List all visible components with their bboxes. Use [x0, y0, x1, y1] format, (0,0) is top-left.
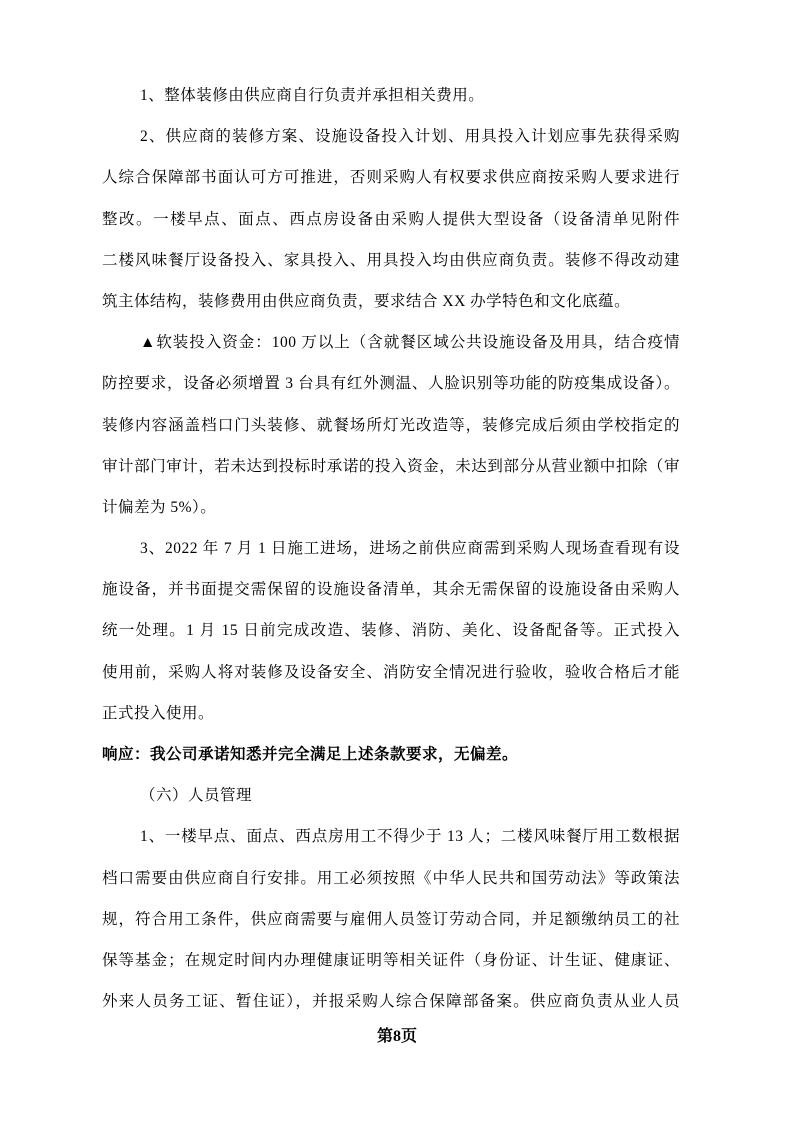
body-line: 正式投入使用。 [102, 693, 680, 734]
body-line: 审计部门审计，若未达到投标时承诺的投入资金，未达到部分从营业额中扣除（审 [102, 446, 680, 487]
body-line: 3、2022 年 7 月 1 日施工进场，进场之前供应商需到采购人现场查看现有设 [102, 528, 680, 569]
document-page: 1、整体装修由供应商自行负责并承担相关费用。 2、供应商的装修方案、设施设备投入… [0, 0, 794, 1122]
body-line: 1、整体装修由供应商自行负责并承担相关费用。 [102, 75, 680, 116]
body-line: 施设备，并书面提交需保留的设施设备清单，其余无需保留的设施设备由采购人 [102, 569, 680, 610]
body-line: 保等基金；在规定时间内办理健康证明等相关证件（身份证、计生证、健康证、 [102, 940, 680, 981]
body-line: 筑主体结构，装修费用由供应商负责，要求结合 XX 办学特色和文化底蕴。 [102, 281, 680, 322]
body-line: 防控要求，设备必须增置 3 台具有红外测温、人脸识别等功能的防疫集成设备）。 [102, 363, 680, 404]
body-line: 计偏差为 5%）。 [102, 487, 680, 528]
body-line: 档口需要由供应商自行安排。用工必须按照《中华人民共和国劳动法》等政策法 [102, 858, 680, 899]
page-footer: 第8页 [0, 1027, 794, 1047]
document-body: 1、整体装修由供应商自行负责并承担相关费用。 2、供应商的装修方案、设施设备投入… [102, 75, 680, 1022]
body-line: 统一处理。1 月 15 日前完成改造、装修、消防、美化、设备配备等。正式投入 [102, 610, 680, 651]
body-line: 装修内容涵盖档口门头装修、就餐场所灯光改造等，装修完成后须由学校指定的 [102, 405, 680, 446]
body-line: 外来人员务工证、暂住证），并报采购人综合保障部备案。供应商负责从业人员 [102, 981, 680, 1022]
body-line: 人综合保障部书面认可方可推进，否则采购人有权要求供应商按采购人要求进行 [102, 157, 680, 198]
body-line: 1、一楼早点、面点、西点房用工不得少于 13 人；二楼风味餐厅用工数根据 [102, 816, 680, 857]
body-line: 规，符合用工条件，供应商需要与雇佣人员签订劳动合同，并足额缴纳员工的社 [102, 899, 680, 940]
body-line: ▲软装投入资金：100 万以上（含就餐区域公共设施设备及用具，结合疫情 [102, 322, 680, 363]
page-number: 第8页 [377, 1028, 417, 1045]
body-line: 2、供应商的装修方案、设施设备投入计划、用具投入计划应事先获得采购 [102, 116, 680, 157]
body-line: 二楼风味餐厅设备投入、家具投入、用具投入均由供应商负责。装修不得改动建 [102, 240, 680, 281]
body-line: 使用前，采购人将对装修及设备安全、消防安全情况进行验收，验收合格后才能 [102, 652, 680, 693]
section-heading: （六）人员管理 [102, 775, 680, 816]
response-statement: 响应：我公司承诺知悉并完全满足上述条款要求，无偏差。 [102, 734, 680, 775]
body-line: 整改。一楼早点、面点、西点房设备由采购人提供大型设备（设备清单见附件 2）； [102, 199, 680, 240]
